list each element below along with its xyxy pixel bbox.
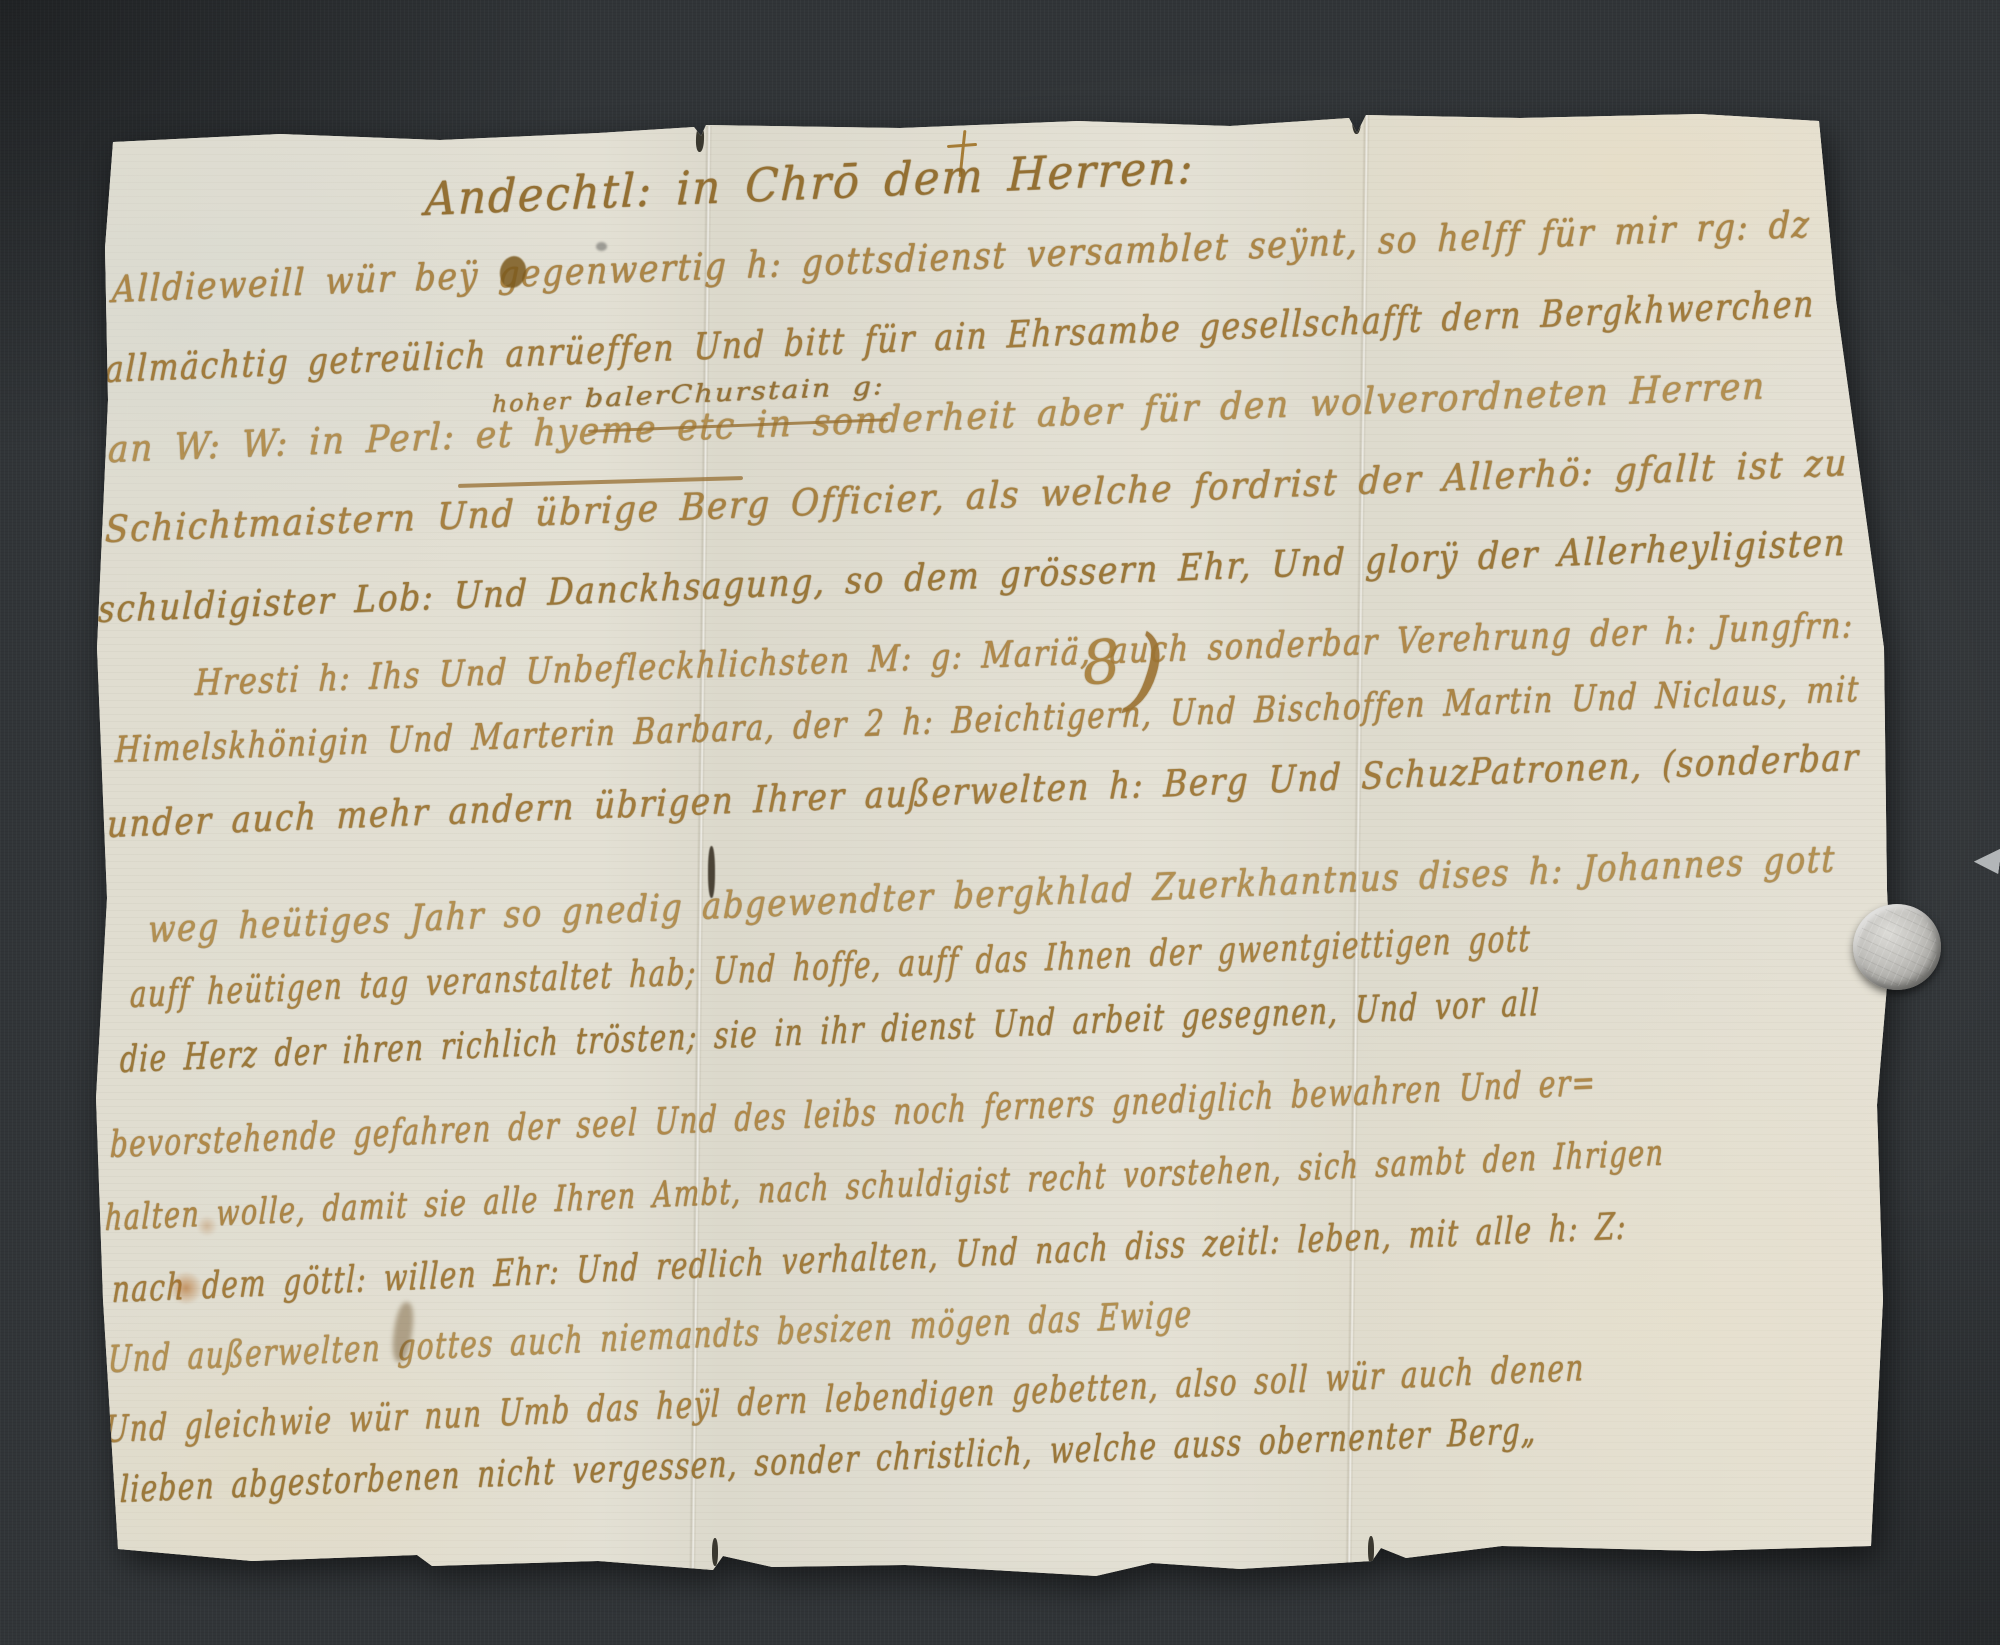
rust-stain [196, 1216, 218, 1236]
loop-flourish: 8 [1079, 626, 1123, 699]
fold-wear-notch [1368, 1536, 1374, 1564]
rust-stain [168, 1272, 204, 1304]
fold-wear-notch [712, 1538, 718, 1566]
interlinear-insertion: hoher [492, 388, 573, 418]
grey-fleck [596, 242, 607, 251]
manuscript-paper: Andechtl: in Chrō dem Herren: Alldieweil… [0, 0, 2000, 1645]
paper-wrapper: Andechtl: in Chrō dem Herren: Alldieweil… [0, 0, 2000, 1645]
fold-wear-notch [1352, 104, 1361, 134]
archive-photo: Andechtl: in Chrō dem Herren: Alldieweil… [0, 0, 2000, 1645]
magnet-disc [1853, 904, 1941, 990]
